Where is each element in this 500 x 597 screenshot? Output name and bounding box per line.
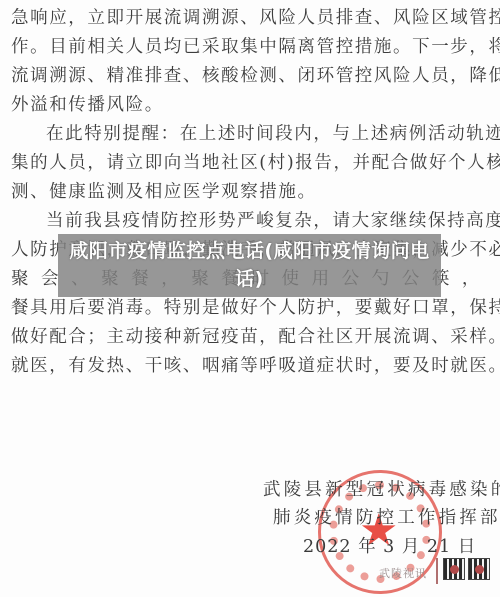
- paragraph-2-line-1: 在此特别提醒：在上述时间段内，与上述病例活动轨迹有交: [46, 122, 481, 146]
- paragraph-1-line-2: 作。目前相关人员均已采取集中隔离管控措施。下一步，将加快: [11, 35, 481, 59]
- qr-code-icon: [468, 558, 490, 580]
- paragraph-3-line-5: 做好配合；主动接种新冠疫苗，配合社区开展流调、采样。科学: [11, 325, 481, 349]
- watermark-divider: [436, 558, 438, 584]
- article-title: 咸阳市疫情监控点电话(咸阳市疫情询问电话): [58, 237, 441, 293]
- paragraph-1-line-4: 外溢和传播风险。: [11, 93, 481, 117]
- signature-org-line-2: 肺炎疫情防控工作指挥部: [273, 506, 500, 530]
- qr-code-icon: [443, 558, 465, 580]
- paragraph-3-line-1: 当前我县疫情防控形势严峻复杂，请大家继续保持高度的个: [46, 209, 481, 233]
- paragraph-2-line-2: 集的人员，请立即向当地社区(村)报告，并配合做好个人核酸检: [11, 151, 481, 175]
- paragraph-1-line-1: 急响应，立即开展流调溯源、风险人员排查、风险区域管控等工: [11, 6, 481, 30]
- title-overlay-banner: 咸阳市疫情监控点电话(咸阳市疫情询问电话): [58, 234, 441, 297]
- document-page: 急响应，立即开展流调溯源、风险人员排查、风险区域管控等工 作。目前相关人员均已采…: [0, 0, 500, 597]
- paragraph-1-line-3: 流调溯源、精准排查、核酸检测、闭环管控风险人员，降低疫情: [11, 64, 481, 88]
- paragraph-3-line-6: 就医，有发热、干咳、咽痛等呼吸道症状时，要及时就医。: [11, 354, 481, 378]
- paragraph-3-line-4: 餐具用后要消毒。特别是做好个人防护，要戴好口罩，保持一米线，: [11, 296, 481, 320]
- paragraph-2-line-3: 测、健康监测及相应医学观察措施。: [11, 180, 481, 204]
- watermark-text: 武陵视讯: [379, 565, 427, 581]
- signature-org-line-1: 武陵县新型冠状病毒感染的: [263, 478, 500, 502]
- signature-date: 2022 年 3 月 21 日: [303, 535, 476, 559]
